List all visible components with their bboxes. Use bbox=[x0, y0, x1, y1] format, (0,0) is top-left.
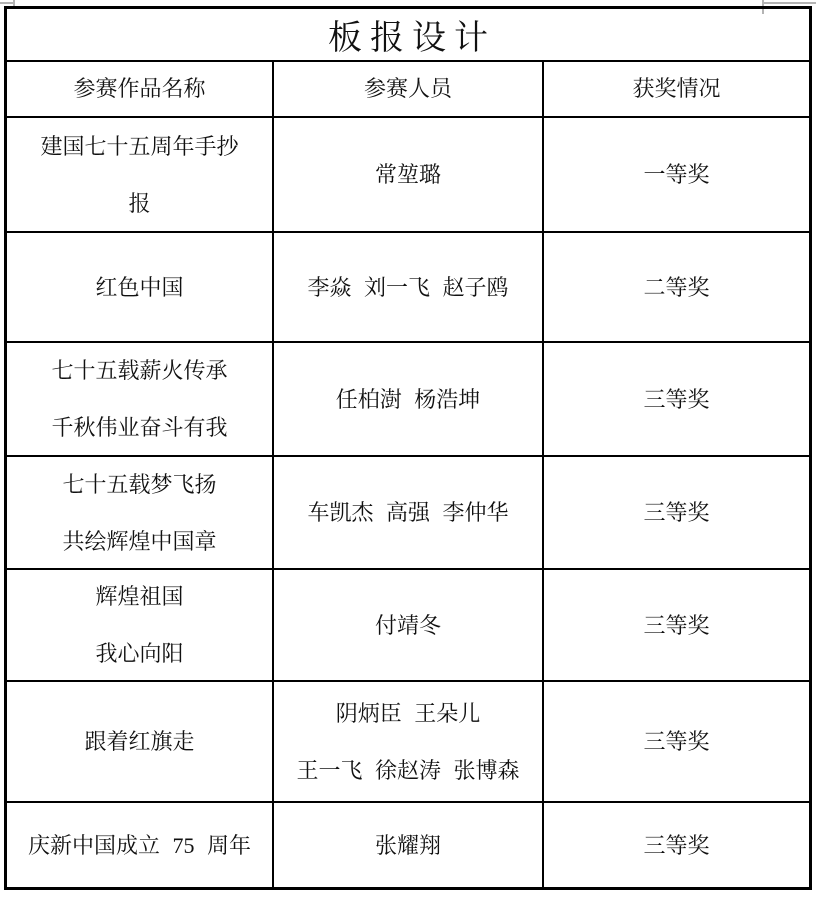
work-line: 庆新中国成立 75 周年 bbox=[28, 817, 251, 874]
participant-line: 阴炳臣 王朵儿 bbox=[336, 685, 481, 742]
work-line: 辉煌祖国 bbox=[95, 568, 183, 625]
award-cell: 一等奖 bbox=[544, 118, 809, 233]
work-line: 报 bbox=[128, 175, 150, 232]
participants-cell: 李焱 刘一飞 赵子鸥 bbox=[274, 233, 544, 343]
award-text: 三等奖 bbox=[643, 371, 709, 428]
award-text: 二等奖 bbox=[643, 259, 709, 316]
header-label: 获奖情况 bbox=[632, 75, 720, 103]
work-cell: 七十五载薪火传承 千秋伟业奋斗有我 bbox=[7, 343, 274, 457]
participant-line: 付靖冬 bbox=[375, 597, 441, 654]
work-line: 共绘辉煌中国章 bbox=[62, 513, 216, 570]
participants-cell: 阴炳臣 王朵儿 王一飞 徐赵涛 张博森 bbox=[274, 682, 544, 803]
participants-cell: 付靖冬 bbox=[274, 570, 544, 682]
award-cell: 三等奖 bbox=[544, 682, 809, 803]
work-line: 跟着红旗走 bbox=[84, 713, 194, 770]
work-line: 建国七十五周年手抄 bbox=[40, 118, 238, 175]
award-cell: 三等奖 bbox=[544, 343, 809, 457]
header-label: 参赛作品名称 bbox=[73, 75, 205, 103]
award-text: 一等奖 bbox=[643, 146, 709, 203]
participant-line: 张耀翔 bbox=[375, 817, 441, 874]
participants-cell: 车凯杰 高强 李仲华 bbox=[274, 457, 544, 570]
header-participants: 参赛人员 bbox=[274, 62, 544, 118]
work-cell: 辉煌祖国 我心向阳 bbox=[7, 570, 274, 682]
work-line: 红色中国 bbox=[95, 259, 183, 316]
work-cell: 红色中国 bbox=[7, 233, 274, 343]
award-table: 板报设计 参赛作品名称 参赛人员 获奖情况 建国七十五周年手抄 报 常堃璐 一等… bbox=[4, 6, 812, 890]
award-cell: 二等奖 bbox=[544, 233, 809, 343]
award-text: 三等奖 bbox=[643, 817, 709, 874]
participants-cell: 张耀翔 bbox=[274, 803, 544, 887]
work-cell: 建国七十五周年手抄 报 bbox=[7, 118, 274, 233]
work-line: 我心向阳 bbox=[95, 625, 183, 682]
work-cell: 庆新中国成立 75 周年 bbox=[7, 803, 274, 887]
table-title: 板报设计 bbox=[7, 9, 809, 62]
award-cell: 三等奖 bbox=[544, 570, 809, 682]
participants-cell: 常堃璐 bbox=[274, 118, 544, 233]
award-text: 三等奖 bbox=[643, 484, 709, 541]
participant-line: 王一飞 徐赵涛 张博森 bbox=[296, 742, 519, 799]
award-text: 三等奖 bbox=[643, 597, 709, 654]
participant-line: 常堃璐 bbox=[375, 146, 441, 203]
header-work-name: 参赛作品名称 bbox=[7, 62, 274, 118]
work-line: 七十五载梦飞扬 bbox=[62, 456, 216, 513]
participant-line: 任柏澍 杨浩坤 bbox=[336, 371, 481, 428]
award-cell: 三等奖 bbox=[544, 803, 809, 887]
participants-cell: 任柏澍 杨浩坤 bbox=[274, 343, 544, 457]
award-text: 三等奖 bbox=[643, 713, 709, 770]
header-award: 获奖情况 bbox=[544, 62, 809, 118]
award-cell: 三等奖 bbox=[544, 457, 809, 570]
work-cell: 七十五载梦飞扬 共绘辉煌中国章 bbox=[7, 457, 274, 570]
work-line: 千秋伟业奋斗有我 bbox=[51, 399, 227, 456]
participant-line: 李焱 刘一飞 赵子鸥 bbox=[307, 259, 508, 316]
work-cell: 跟着红旗走 bbox=[7, 682, 274, 803]
work-line: 七十五载薪火传承 bbox=[51, 342, 227, 399]
text-boundary-mark-top-right-horizontal bbox=[763, 2, 816, 4]
participant-line: 车凯杰 高强 李仲华 bbox=[307, 484, 508, 541]
header-label: 参赛人员 bbox=[364, 75, 452, 103]
